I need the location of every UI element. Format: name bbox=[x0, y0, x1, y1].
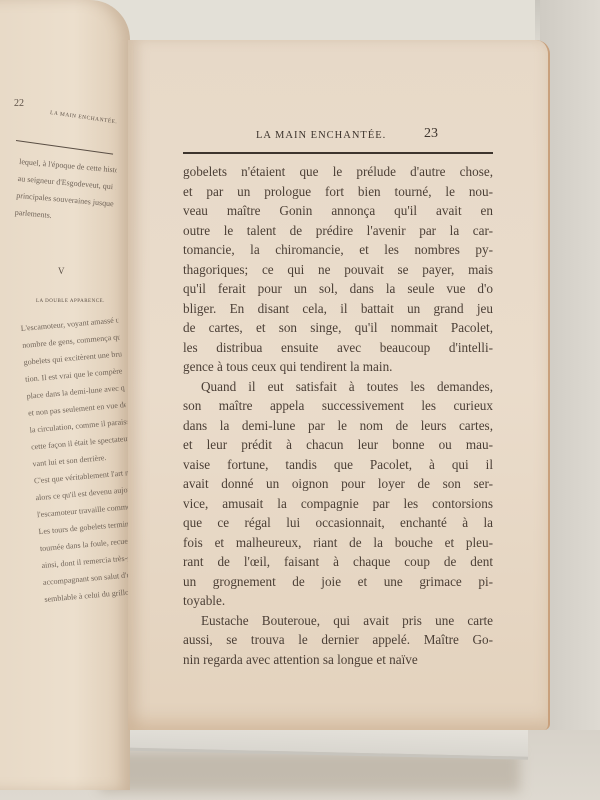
right-page-number: 23 bbox=[424, 126, 438, 142]
text-line: de cartes, et son singe, qu'il nommait P… bbox=[183, 318, 493, 338]
text-line: Quand il eut satisfait à toutes les dema… bbox=[183, 377, 493, 397]
text-line: tomancie, la chiromancie, et les nombres… bbox=[183, 240, 493, 260]
left-running-header: LA MAIN ENCHANTÉE. bbox=[49, 105, 119, 131]
text-line: et leur prédit à chacun leur bonne ou ma… bbox=[183, 435, 493, 455]
right-running-header: LA MAIN ENCHANTÉE. bbox=[256, 130, 386, 141]
section-title: LA DOUBLE APPARENCE. bbox=[36, 293, 105, 310]
right-header-rule bbox=[183, 152, 493, 154]
text-line: veau maître Gonin annonça qu'il avait en bbox=[183, 201, 493, 221]
text-line: toyable. bbox=[183, 591, 493, 611]
text-line: vice, amusait la compagnie par les conto… bbox=[183, 494, 493, 514]
text-line: Eustache Bouteroue, qui avait pris une c… bbox=[183, 611, 493, 631]
right-page-body: gobelets n'étaient que le prélude d'autr… bbox=[183, 162, 493, 669]
text-line: aussi, se trouva le dernier appelé. Maît… bbox=[183, 630, 493, 650]
right-page: LA MAIN ENCHANTÉE. 23 gobelets n'étaient… bbox=[128, 40, 550, 730]
text-line: fois et malheureux, riant de la bouche e… bbox=[183, 533, 493, 553]
section-number: V bbox=[58, 263, 65, 280]
text-line: dans la demi-lune par le nom de leurs ca… bbox=[183, 416, 493, 436]
text-line: son maître appela successivement les cur… bbox=[183, 396, 493, 416]
text-line: et par un prologue fort bien tourné, le … bbox=[183, 182, 493, 202]
text-line: gobelets n'étaient que le prélude d'autr… bbox=[183, 162, 493, 182]
left-page-number: 22 bbox=[14, 95, 24, 112]
left-page-top-text: lequel, à l'époque de cette histoire, ex… bbox=[14, 153, 118, 229]
text-line: nin regarda avec attention sa longue et … bbox=[183, 650, 493, 670]
text-line: gence à tous ceux qui tendirent la main. bbox=[183, 357, 493, 377]
text-line: un grognement de joie et une grimace pi- bbox=[183, 572, 493, 592]
left-header-rule bbox=[16, 140, 113, 155]
text-line: avait donné un oignon pour loyer de son … bbox=[183, 474, 493, 494]
left-page-body-text: L'escamoteur, voyant amassé un assez bon… bbox=[20, 311, 143, 607]
text-line: thagoriques; ce qui ne pouvait se payer,… bbox=[183, 260, 493, 280]
text-line: rant de l'œil, faisant à chaque coup de … bbox=[183, 552, 493, 572]
text-line: les distribua ensuite avec beaucoup d'in… bbox=[183, 338, 493, 358]
text-line: outre le talent de prédire l'avenir par … bbox=[183, 221, 493, 241]
text-line: bliger. En disant cela, il battait un gr… bbox=[183, 299, 493, 319]
left-page: 22 LA MAIN ENCHANTÉE. lequel, à l'époque… bbox=[0, 0, 130, 790]
text-line: que ce régal lui occasionnait, enchanté … bbox=[183, 513, 493, 533]
text-line: vaise fortune, tandis que Pacolet, à qui… bbox=[183, 455, 493, 475]
text-line: qu'il ferait pour un sol, dans la seule … bbox=[183, 279, 493, 299]
